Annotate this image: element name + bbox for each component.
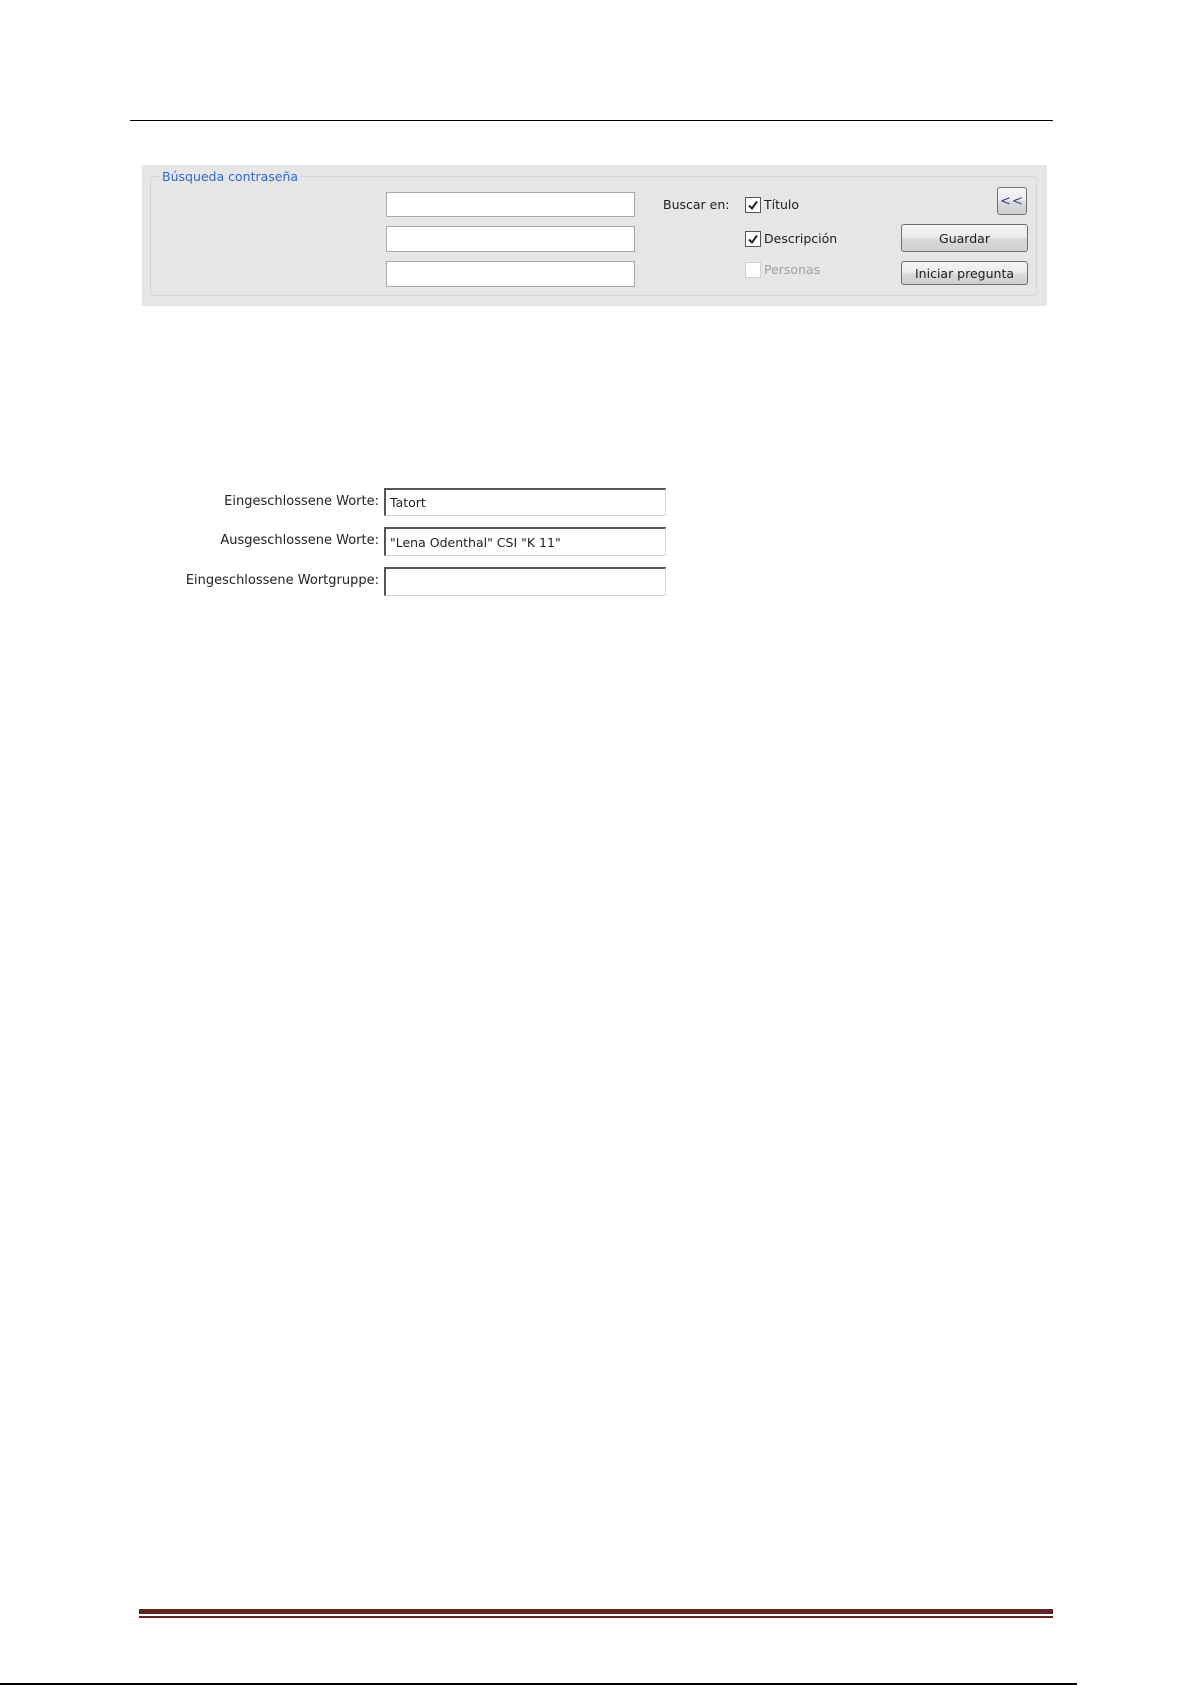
included-phrase-input-de[interactable] <box>384 567 666 596</box>
included-words-input[interactable] <box>386 192 635 217</box>
included-phrase-label-de: Eingeschlossene Wortgruppe: <box>186 573 379 589</box>
title-checkbox-label: Título <box>764 197 799 213</box>
included-words-input-de[interactable] <box>384 488 666 516</box>
description-checkbox[interactable] <box>745 231 761 247</box>
included-words-label-de: Eingeschlossene Worte: <box>224 494 379 510</box>
excluded-words-label-de: Ausgeschlossene Worte: <box>220 533 379 549</box>
collapse-button[interactable]: << <box>997 187 1027 215</box>
header-rule <box>130 120 1053 121</box>
included-phrases-input[interactable] <box>386 261 635 287</box>
footer-rule-thin <box>139 1616 1053 1618</box>
save-button[interactable]: Guardar <box>901 224 1028 252</box>
search-panel: Búsqueda contraseña Palábras incluidas: … <box>142 165 1047 306</box>
checkmark-icon <box>747 233 759 245</box>
search-in-label: Buscar en: <box>663 197 729 213</box>
persons-checkbox-label: Personas <box>764 262 820 278</box>
start-query-button[interactable]: Iniciar pregunta <box>901 261 1028 285</box>
excluded-words-input-de[interactable] <box>384 527 666 556</box>
persons-checkbox <box>745 262 761 278</box>
checkmark-icon <box>747 199 759 211</box>
description-checkbox-label: Descripción <box>764 231 837 247</box>
excluded-words-input[interactable] <box>386 226 635 252</box>
title-checkbox[interactable] <box>745 197 761 213</box>
search-group-legend: Búsqueda contraseña <box>160 169 300 184</box>
footer-rule <box>139 1609 1053 1614</box>
